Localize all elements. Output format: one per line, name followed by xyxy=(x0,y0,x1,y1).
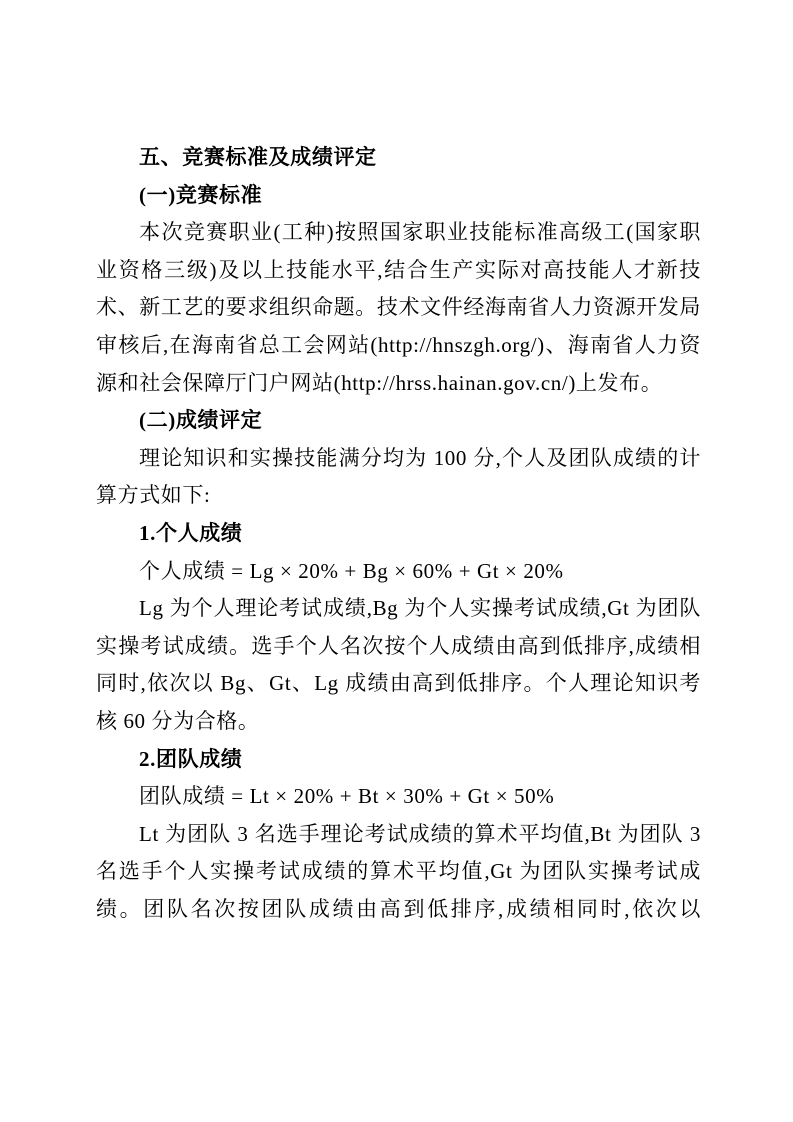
team-score-explanation: Lt 为团队 3 名选手理论考试成绩的算术平均值,Bt 为团队 3 名选手个人实… xyxy=(96,816,701,929)
subsection-1-heading: (一)竞赛标准 xyxy=(96,177,701,215)
individual-score-formula: 个人成绩 = Lg × 20% + Bg × 60% + Gt × 20% xyxy=(96,553,701,591)
team-score-formula: 团队成绩 = Lt × 20% + Bt × 30% + Gt × 50% xyxy=(96,778,701,816)
subsection-2-intro-paragraph: 理论知识和实操技能满分均为 100 分,个人及团队成绩的计算方式如下: xyxy=(96,440,701,515)
document-page: 五、竞赛标准及成绩评定 (一)竞赛标准 本次竞赛职业(工种)按照国家职业技能标准… xyxy=(0,0,793,1122)
team-score-heading: 2.团队成绩 xyxy=(96,741,701,779)
subsection-1-paragraph: 本次竞赛职业(工种)按照国家职业技能标准高级工(国家职业资格三级)及以上技能水平… xyxy=(96,214,701,402)
subsection-2-heading: (二)成绩评定 xyxy=(96,402,701,440)
individual-score-heading: 1.个人成绩 xyxy=(96,515,701,553)
section-heading: 五、竞赛标准及成绩评定 xyxy=(96,139,701,177)
individual-score-explanation: Lg 为个人理论考试成绩,Bg 为个人实操考试成绩,Gt 为团队实操考试成绩。选… xyxy=(96,590,701,740)
